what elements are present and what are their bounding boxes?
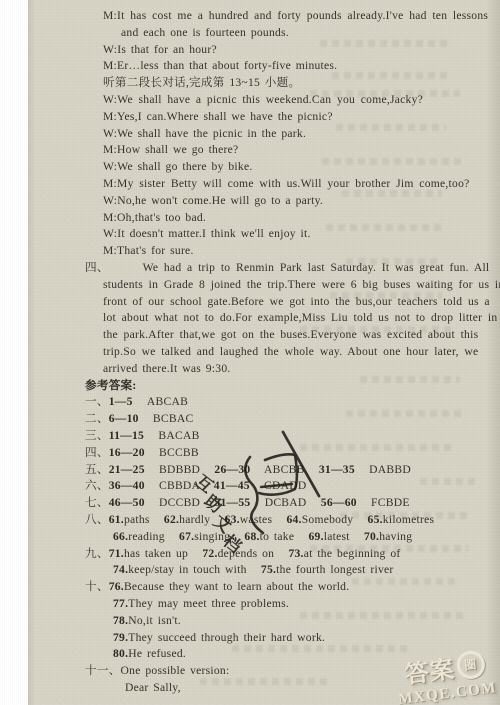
text-line: 79.They succeed through their hard work.	[113, 630, 325, 646]
answer-number: 73.	[288, 547, 303, 560]
text-segment: trip.So we talked and laughed the whole …	[103, 345, 478, 358]
text-segment: M:It has cost me a hundred and forty pou…	[103, 9, 488, 22]
answer-number: 21—25	[109, 463, 145, 476]
text-segment: 四、 We had a trip to Renmin Park last Sat…	[85, 261, 489, 274]
text-line: W:We shall have a picnic this weekend.Ca…	[103, 92, 423, 108]
text-segment: arrived there.It was 9:30.	[103, 362, 231, 375]
text-line: W:We shall go there by bike.	[103, 159, 253, 175]
text-line: 五、21—25 BDBBD 26—30 ABCBB 31—35 DABBD	[85, 462, 411, 478]
text-line: 参考答案:	[85, 378, 137, 394]
text-segment: No,it isn't.	[128, 614, 181, 627]
text-line: trip.So we talked and laughed the whole …	[103, 344, 478, 360]
text-segment: 六、	[85, 479, 109, 492]
text-line: 二、6—10 BCBAC	[85, 411, 194, 427]
text-segment: M:Er…less than that about forty-five min…	[103, 59, 337, 72]
text-segment: M:Oh,that's too bad.	[103, 211, 206, 224]
text-segment: and each one is fourteen pounds.	[121, 26, 289, 39]
text-segment: has taken up	[124, 547, 202, 560]
text-line: W:We shall have the picnic in the park.	[103, 126, 306, 142]
answer-number: 61.	[109, 513, 124, 526]
watermark-circle-badge-icon: 圈	[455, 649, 486, 680]
text-segment: BCCBB	[145, 446, 199, 459]
text-segment: W:We shall have a picnic this weekend.Ca…	[103, 93, 423, 106]
text-segment: 七、	[85, 496, 109, 509]
watermark-badge-character: 圈	[463, 655, 477, 673]
text-segment: paths	[124, 513, 164, 526]
answer-number: 70.	[364, 530, 379, 543]
text-segment: BCBAC	[139, 412, 194, 425]
answer-number: 72.	[202, 547, 217, 560]
text-line: arrived there.It was 9:30.	[103, 361, 231, 377]
text-segment: BACAB	[144, 429, 199, 442]
text-line: 九、71.has taken up 72.depends on 73.at th…	[85, 546, 401, 562]
text-line: 78.No,it isn't.	[113, 613, 181, 629]
text-line: M:How shall we go there?	[103, 142, 238, 158]
text-line: 四、16—20 BCCBB	[85, 445, 199, 461]
answer-number: 16—20	[109, 446, 145, 459]
text-line: lot about what not to do.For example,Mis…	[103, 310, 497, 326]
answer-number: 69.	[308, 530, 323, 543]
text-segment: W:We shall have the picnic in the park.	[103, 127, 306, 140]
text-line: 66.reading 67.singing 68.to take 69.late…	[113, 529, 412, 545]
text-segment: M:Yes,I can.Where shall we have the picn…	[103, 110, 333, 123]
text-segment: 十、	[85, 580, 109, 593]
text-segment: lot about what not to do.For example,Mis…	[103, 311, 497, 324]
text-line: 四、 We had a trip to Renmin Park last Sat…	[85, 260, 489, 276]
text-line: 74.keep/stay in touch with 75.the fourth…	[113, 562, 394, 578]
text-segment: latest	[324, 530, 364, 543]
text-segment: FCBDE	[357, 496, 410, 509]
answer-number: 66.	[113, 530, 128, 543]
watermark-brand-text: 答案	[403, 649, 457, 690]
text-segment: They succeed through their hard work.	[128, 631, 325, 644]
text-segment: wastes	[240, 513, 287, 526]
text-segment: M:How shall we go there?	[103, 143, 238, 156]
answer-number: 79.	[113, 631, 128, 644]
answer-number: 26—30	[214, 463, 250, 476]
text-segment: Dear Sally,	[125, 681, 181, 694]
text-segment: 听第二段长对话,完成第 13~15 小题。	[103, 76, 300, 89]
text-line: 80.He refused.	[113, 646, 186, 662]
answer-number: 1—5	[109, 395, 133, 408]
text-segment: kilometres	[383, 513, 434, 526]
text-line: M:My sister Betty will come with us.Will…	[103, 176, 470, 192]
text-line: 77.They may meet three problems.	[113, 596, 289, 612]
text-segment: W:We shall go there by bike.	[103, 160, 253, 173]
text-segment: M:That's for sure.	[103, 244, 194, 257]
text-segment: 十一、One possible version:	[85, 664, 229, 677]
text-segment: 三、	[85, 429, 109, 442]
text-segment: M:My sister Betty will come with us.Will…	[103, 177, 470, 190]
text-segment: W:It doesn't matter.I think we'll enjoy …	[103, 227, 311, 240]
text-segment: 九、	[85, 547, 109, 560]
text-line: 听第二段长对话,完成第 13~15 小题。	[103, 75, 300, 91]
answer-number: 80.	[113, 647, 128, 660]
text-segment: the park.After that,we got on the buses.…	[103, 328, 478, 341]
answer-number: 31—35	[319, 463, 355, 476]
text-line: students in Grade 8 joined the trip.Ther…	[103, 277, 500, 293]
answer-number: 46—50	[109, 496, 145, 509]
answer-number: 74.	[113, 563, 128, 576]
answer-number: 64.	[286, 513, 301, 526]
text-line: M:Er…less than that about forty-five min…	[103, 58, 337, 74]
text-segment: having	[379, 530, 412, 543]
text-segment: students in Grade 8 joined the trip.Ther…	[103, 278, 500, 291]
text-line: Dear Sally,	[125, 680, 181, 696]
text-segment: 五、	[85, 463, 109, 476]
answer-number: 77.	[113, 597, 128, 610]
text-segment: to take	[260, 530, 309, 543]
text-segment: DABBD	[355, 463, 411, 476]
answer-number: 75.	[261, 563, 276, 576]
text-segment: They may meet three problems.	[128, 597, 289, 610]
text-segment: W:No,he won't come.He will go to a party…	[103, 194, 323, 207]
text-segment: the fourth longest river	[276, 563, 393, 576]
text-line: 一、1—5 ABCAB	[85, 394, 188, 410]
answer-number: 78.	[113, 614, 128, 627]
text-line: front of our school gate.Before we got i…	[103, 294, 490, 310]
text-line: M:Oh,that's too bad.	[103, 210, 206, 226]
text-line: 三、11—15 BACAB	[85, 428, 200, 444]
text-line: and each one is fourteen pounds.	[121, 25, 289, 41]
text-segment: W:Is that for an hour?	[103, 43, 217, 56]
answer-number: 62.	[164, 513, 179, 526]
text-line: the park.After that,we got on the buses.…	[103, 327, 478, 343]
answer-number: 6—10	[109, 412, 139, 425]
answer-number: 11—15	[109, 429, 144, 442]
text-line: 八、61.paths 62.hardly 63.wastes 64.Somebo…	[85, 512, 434, 528]
answer-number: 36—40	[109, 479, 145, 492]
text-segment: He refused.	[128, 647, 186, 660]
text-segment: 一、	[85, 395, 109, 408]
text-line: 七、46—50 DCCBD 51—55 DCBAD 56—60 FCBDE	[85, 495, 410, 511]
text-segment: reading	[128, 530, 179, 543]
text-segment: 二、	[85, 412, 109, 425]
text-segment: ABCAB	[133, 395, 188, 408]
text-segment: Because they want to learn about the wor…	[124, 580, 349, 593]
text-line: M:That's for sure.	[103, 243, 194, 259]
text-segment: at the beginning of	[304, 547, 401, 560]
text-line: M:Yes,I can.Where shall we have the picn…	[103, 109, 333, 125]
answer-number: 76.	[109, 580, 124, 593]
answer-number: 65.	[368, 513, 383, 526]
text-segment: keep/stay in touch with	[128, 563, 261, 576]
text-line: W:Is that for an hour?	[103, 42, 217, 58]
text-segment: ABCBB	[250, 463, 318, 476]
answer-number: 67.	[179, 530, 194, 543]
text-segment: DCBAD	[250, 496, 320, 509]
text-line: W:It doesn't matter.I think we'll enjoy …	[103, 226, 311, 242]
text-line: W:No,he won't come.He will go to a party…	[103, 193, 323, 209]
text-line: 十、76.Because they want to learn about th…	[85, 579, 349, 595]
text-segment: Somebody	[302, 513, 368, 526]
answer-number: 71.	[109, 547, 124, 560]
scanned-page: M:It has cost me a hundred and forty pou…	[0, 0, 500, 705]
text-line: 十一、One possible version:	[85, 663, 229, 679]
text-segment: CDADD	[250, 479, 307, 492]
text-segment: 四、	[85, 446, 109, 459]
text-layer: M:It has cost me a hundred and forty pou…	[0, 0, 500, 705]
text-segment: front of our school gate.Before we got i…	[103, 295, 490, 308]
text-line: M:It has cost me a hundred and forty pou…	[103, 8, 488, 24]
text-segment: 八、	[85, 513, 109, 526]
answer-number: 参考答案:	[85, 379, 137, 392]
answer-number: 56—60	[321, 496, 357, 509]
